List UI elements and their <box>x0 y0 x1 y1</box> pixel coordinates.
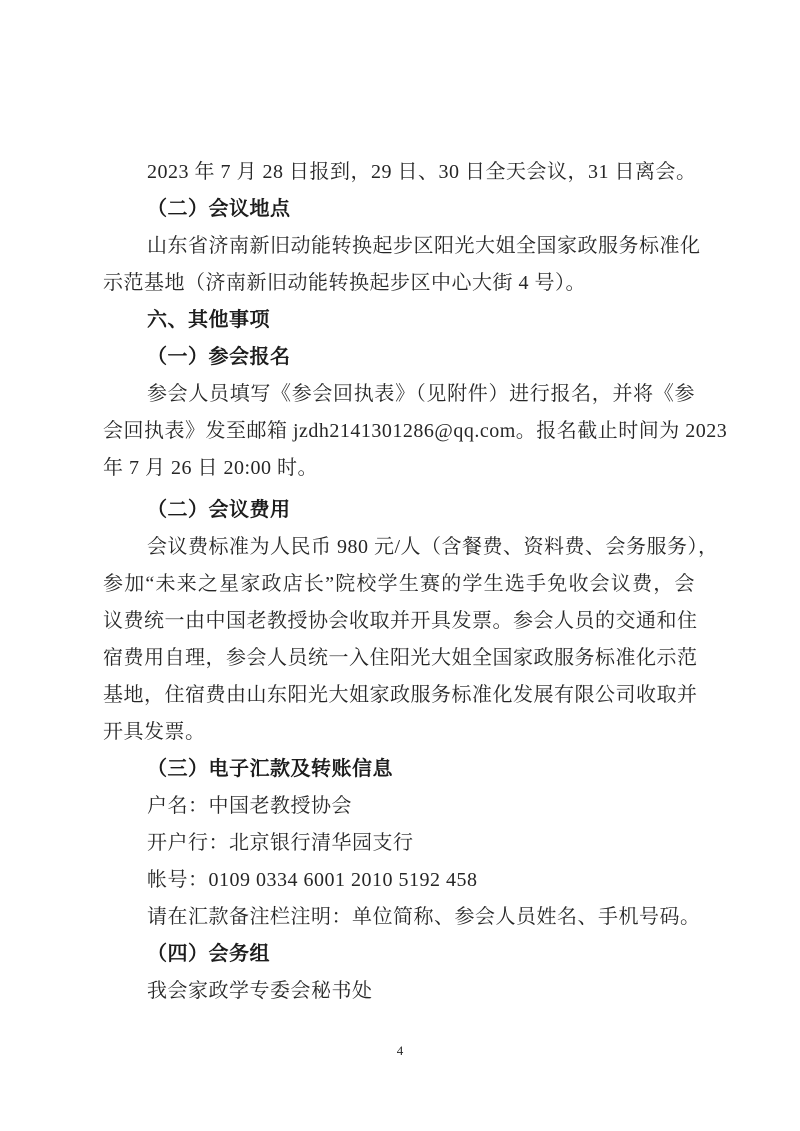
page-number: 4 <box>0 1042 800 1060</box>
paragraph: 会议费标准为人民币 980 元/人（含餐费、资料费、会务服务），参加“未来之星家… <box>103 529 695 751</box>
text-line: 户名：中国老教授协会 <box>103 788 695 825</box>
section-heading: （三）电子汇款及转账信息 <box>103 751 695 788</box>
text-line: 开具发票。 <box>103 714 695 751</box>
section-heading: （二）会议地点 <box>103 191 695 228</box>
text-line: 基地，住宿费由山东阳光大姐家政服务标准化发展有限公司收取并 <box>103 677 695 714</box>
text-line: 帐号：0109 0334 6001 2010 5192 458 <box>103 862 695 899</box>
paragraph: 参会人员填写《参会回执表》（见附件）进行报名，并将《参会回执表》发至邮箱 jzd… <box>103 376 695 487</box>
text-line: 参加“未来之星家政店长”院校学生赛的学生选手免收会议费，会 <box>103 566 695 603</box>
text-line: 议费统一由中国老教授协会收取并开具发票。参会人员的交通和住 <box>103 603 695 640</box>
text-line: 参会人员填写《参会回执表》（见附件）进行报名，并将《参 <box>103 376 695 413</box>
text-line: 年 7 月 26 日 20:00 时。 <box>103 450 695 487</box>
text-line: 开户行：北京银行清华园支行 <box>103 825 695 862</box>
text-line: 会议费标准为人民币 980 元/人（含餐费、资料费、会务服务）， <box>103 529 695 566</box>
text-line: 我会家政学专委会秘书处 <box>103 973 695 1010</box>
text-line: 请在汇款备注栏注明：单位简称、参会人员姓名、手机号码。 <box>103 899 695 936</box>
paragraph: 我会家政学专委会秘书处 <box>103 973 695 1010</box>
paragraph: 2023 年 7 月 28 日报到，29 日、30 日全天会议，31 日离会。 <box>103 154 695 191</box>
paragraph: 帐号：0109 0334 6001 2010 5192 458 <box>103 862 695 899</box>
document-content: 2023 年 7 月 28 日报到，29 日、30 日全天会议，31 日离会。（… <box>103 154 695 1010</box>
heading-line: （三）电子汇款及转账信息 <box>103 751 695 788</box>
section-heading: （四）会务组 <box>103 936 695 973</box>
section-heading: （一）参会报名 <box>103 339 695 376</box>
heading-line: （二）会议费用 <box>103 492 695 529</box>
paragraph: 开户行：北京银行清华园支行 <box>103 825 695 862</box>
section-heading: 六、其他事项 <box>103 302 695 339</box>
heading-line: （一）参会报名 <box>103 339 695 376</box>
heading-line: （四）会务组 <box>103 936 695 973</box>
heading-line: （二）会议地点 <box>103 191 695 228</box>
heading-line: 六、其他事项 <box>103 302 695 339</box>
paragraph: 户名：中国老教授协会 <box>103 788 695 825</box>
text-line: 会回执表》发至邮箱 jzdh2141301286@qq.com。报名截止时间为 … <box>103 413 695 450</box>
text-line: 示范基地（济南新旧动能转换起步区中心大街 4 号）。 <box>103 265 695 302</box>
document-page: 2023 年 7 月 28 日报到，29 日、30 日全天会议，31 日离会。（… <box>0 0 800 1131</box>
text-line: 2023 年 7 月 28 日报到，29 日、30 日全天会议，31 日离会。 <box>103 154 695 191</box>
text-line: 山东省济南新旧动能转换起步区阳光大姐全国家政服务标准化 <box>103 228 695 265</box>
text-line: 宿费用自理，参会人员统一入住阳光大姐全国家政服务标准化示范 <box>103 640 695 677</box>
section-heading: （二）会议费用 <box>103 492 695 529</box>
paragraph: 请在汇款备注栏注明：单位简称、参会人员姓名、手机号码。 <box>103 899 695 936</box>
paragraph: 山东省济南新旧动能转换起步区阳光大姐全国家政服务标准化示范基地（济南新旧动能转换… <box>103 228 695 302</box>
